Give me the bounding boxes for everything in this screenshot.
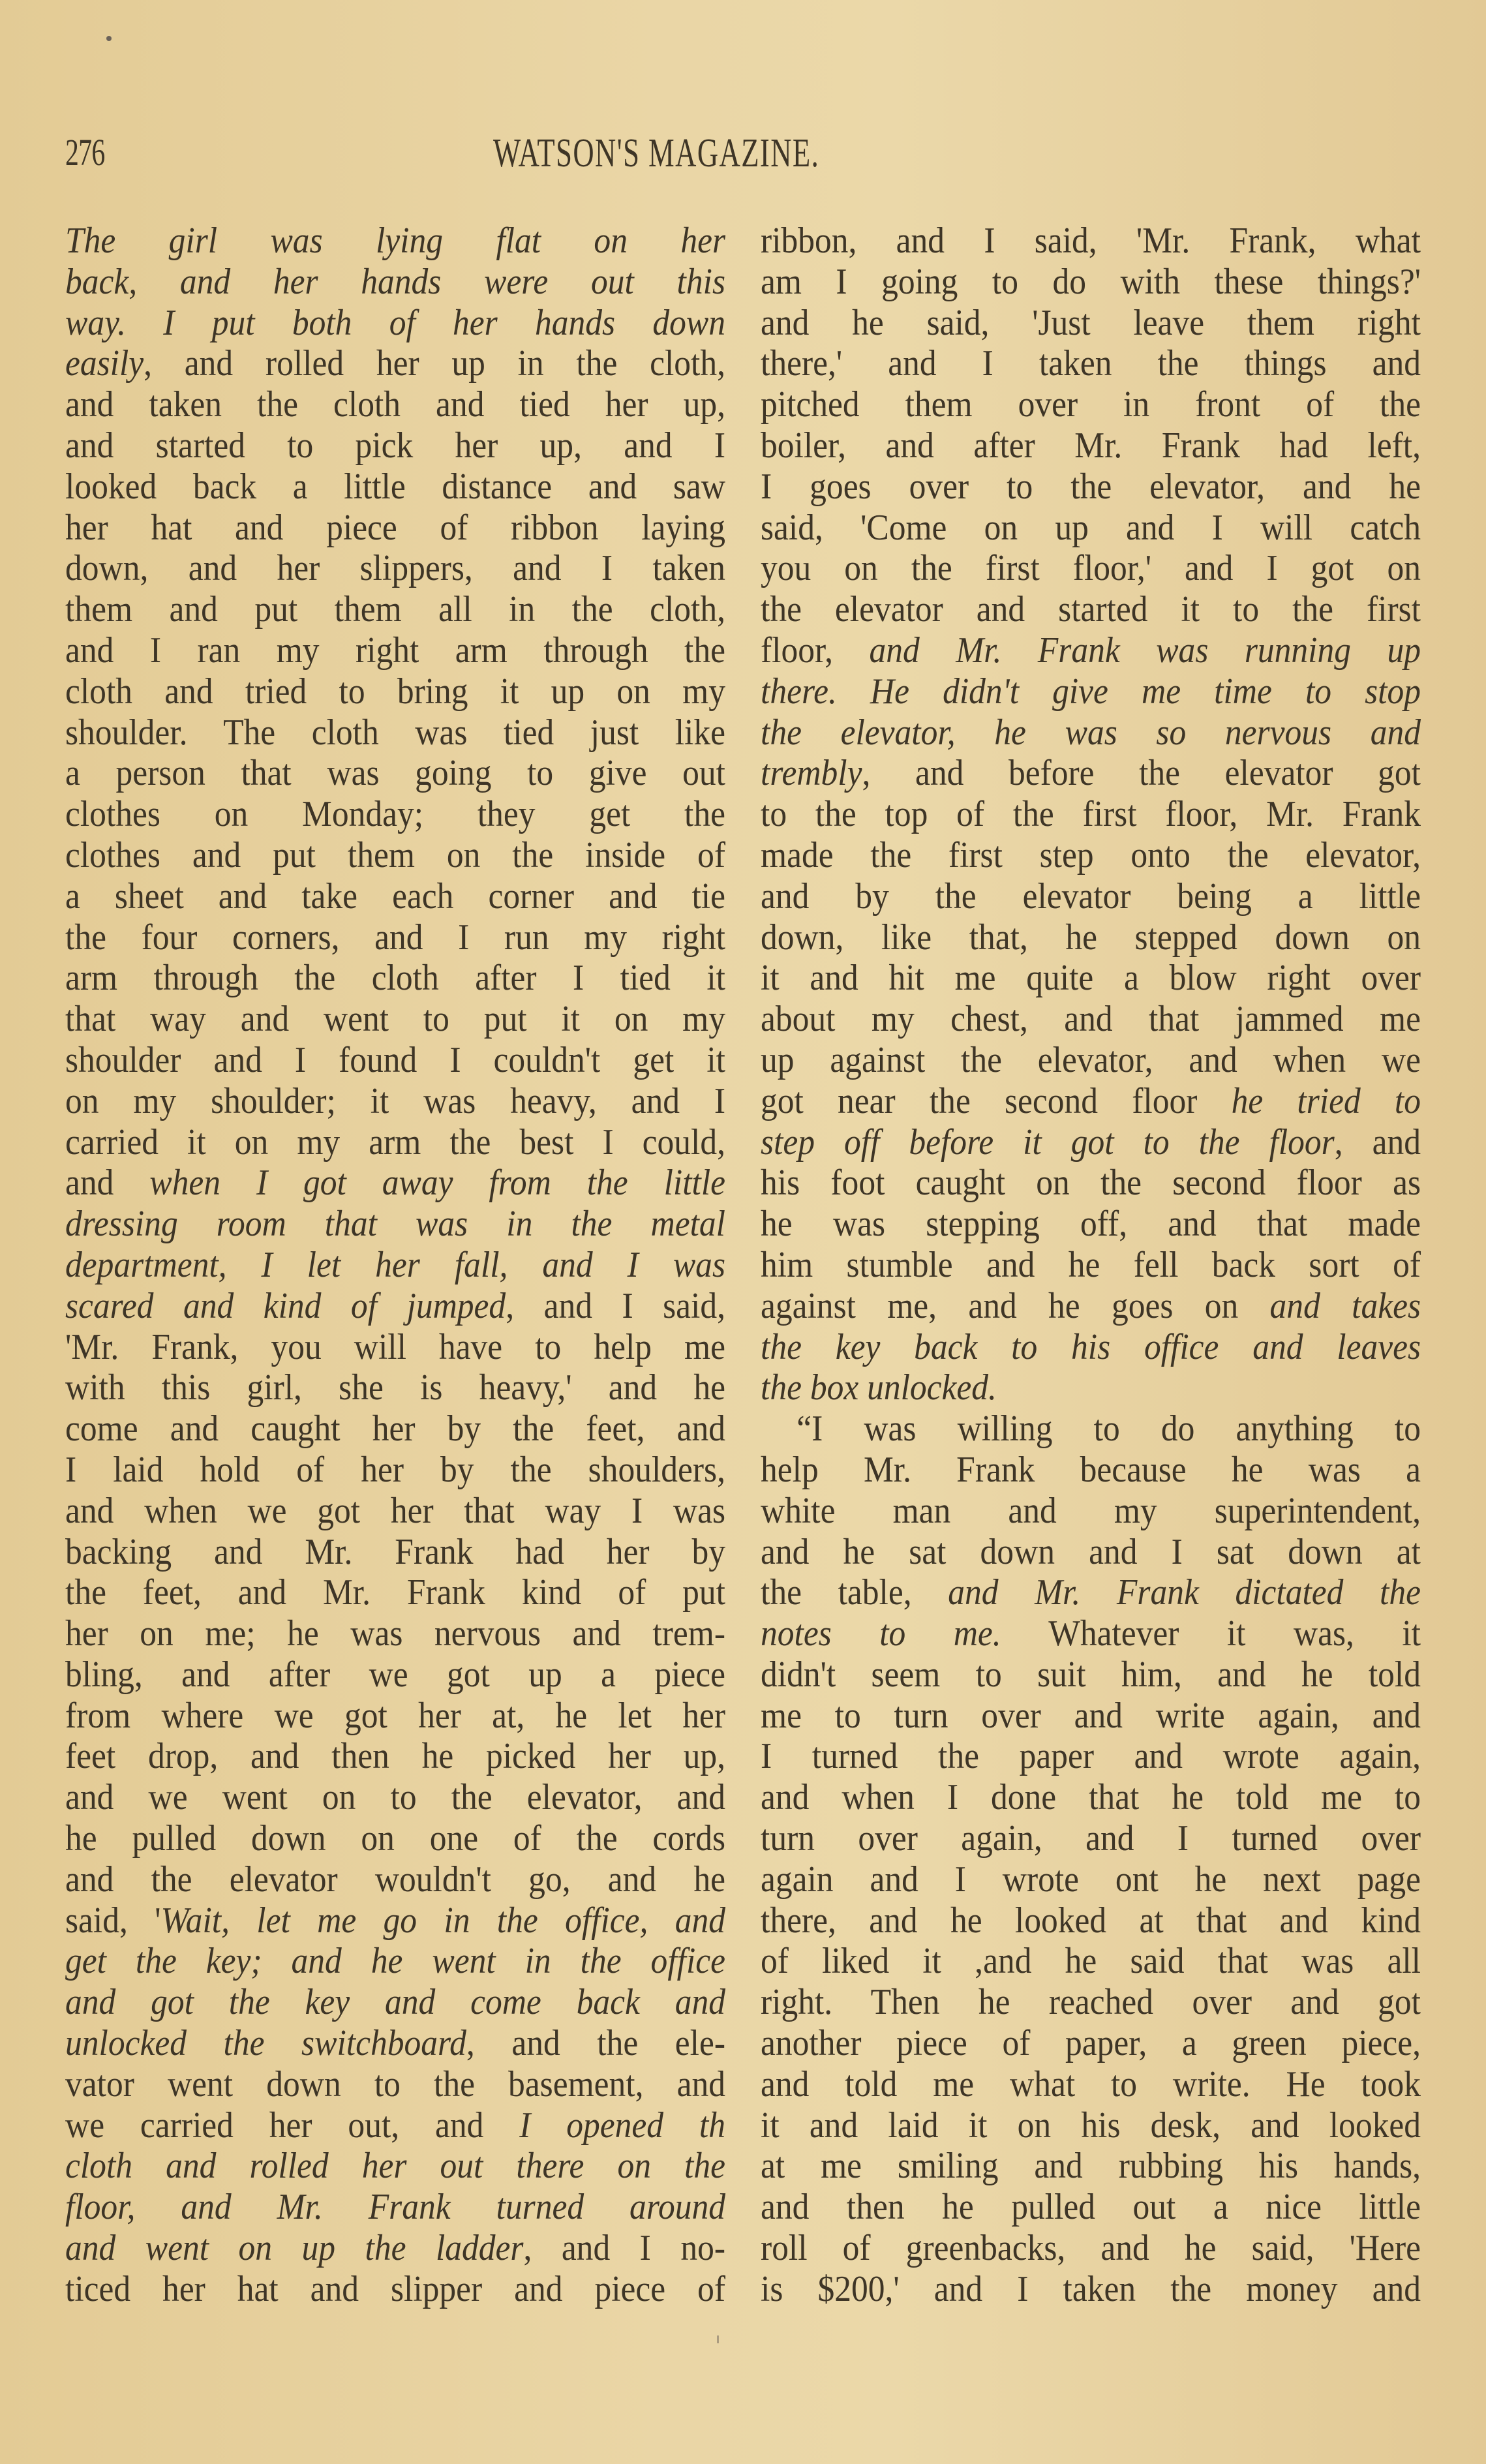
italic-span: and takes [1270, 1286, 1421, 1326]
italic-span: scared and kind of jumped [65, 1286, 506, 1326]
roman-span: shoulder and I found I couldn't get it [65, 1040, 725, 1080]
roman-span: I laid hold of her by the shoulders, [65, 1450, 725, 1490]
italic-span: and Mr. Frank was running up [869, 630, 1421, 671]
text-line: floor, and Mr. Frank turned around [65, 2187, 725, 2228]
bottom-ink-mark [717, 2335, 719, 2343]
text-line: and started to pick her up, and I [65, 425, 725, 466]
running-title: WATSON'S MAGAZINE. [493, 130, 819, 177]
italic-span: unlocked the switchboard [65, 2023, 466, 2063]
text-line: and told me what to write. He took [761, 2064, 1421, 2105]
text-line: the four corners, and I run my right [65, 917, 725, 958]
text-line: down, like that, he stepped down on [761, 917, 1421, 958]
italic-span: there. He didn't give me time to stop [761, 671, 1421, 712]
text-line: again and I wrote ont he next page [761, 1859, 1421, 1900]
italic-span: the key back to his office and leaves [761, 1327, 1421, 1367]
text-line: and taken the cloth and tied her up, [65, 384, 725, 425]
text-line: to the top of the first floor, Mr. Frank [761, 794, 1421, 835]
roman-span: that way and went to put it on my [65, 999, 725, 1039]
roman-span: 'Mr. Frank, you will have to help me [65, 1327, 725, 1367]
roman-span: , and the ele- [466, 2023, 725, 2063]
roman-span: to the top of the first floor, Mr. Frank [761, 794, 1421, 834]
roman-span: got near the second floor [761, 1081, 1232, 1121]
text-line: got near the second floor he tried to [761, 1081, 1421, 1122]
text-line: it and hit me quite a blow right over [761, 958, 1421, 999]
italic-span: I opened th [519, 2105, 725, 2146]
roman-span: boiler, and after Mr. Frank had left, [761, 425, 1421, 466]
text-line: her on me; he was nervous and trem- [65, 1613, 725, 1654]
roman-span: , and before the elevator got [862, 753, 1421, 793]
roman-span: didn't seem to suit him, and he told [761, 1654, 1421, 1695]
text-line: and when we got her that way I was [65, 1491, 725, 1532]
text-line: boiler, and after Mr. Frank had left, [761, 425, 1421, 466]
roman-span: and we went on to the elevator, and [65, 1777, 725, 1818]
italic-span: floor, and Mr. Frank turned around [65, 2187, 725, 2227]
roman-span: on my shoulder; it was heavy, and I [65, 1081, 725, 1121]
text-line: is $200,' and I taken the money and [761, 2269, 1421, 2310]
roman-span: me to turn over and write again, and [761, 1696, 1421, 1736]
roman-span: it and laid it on his desk, and looked [761, 2105, 1421, 2146]
text-line: that way and went to put it on my [65, 999, 725, 1040]
roman-span: his foot caught on the second floor as [761, 1163, 1421, 1203]
text-line: ribbon, and I said, 'Mr. Frank, what [761, 221, 1421, 262]
text-line: he pulled down on one of the cords [65, 1818, 725, 1859]
text-line: clothes and put them on the inside of [65, 835, 725, 876]
roman-span: we carried her out, and [65, 2105, 519, 2146]
roman-span: pitched them over in front of the [761, 384, 1421, 425]
roman-span: again and I wrote ont he next page [761, 1859, 1421, 1900]
text-line: arm through the cloth after I tied it [65, 958, 725, 999]
text-line: it and laid it on his desk, and looked [761, 2105, 1421, 2146]
roman-span: and started to pick her up, and I [65, 425, 725, 466]
italic-span: trembly [761, 753, 862, 793]
text-line: didn't seem to suit him, and he told [761, 1654, 1421, 1696]
italic-span: and Mr. Frank dictated the [948, 1572, 1421, 1613]
text-line: The girl was lying flat on her [65, 221, 725, 262]
roman-span: feet drop, and then he picked her up, [65, 1736, 725, 1776]
roman-span: the feet, and Mr. Frank kind of put [65, 1572, 725, 1613]
text-line: turn over again, and I turned over [761, 1818, 1421, 1859]
text-line: 'Mr. Frank, you will have to help me [65, 1327, 725, 1368]
roman-span: and the elevator wouldn't go, and he [65, 1859, 725, 1900]
roman-span: down, and her slippers, and I taken [65, 548, 725, 588]
text-line: get the key; and he went in the office [65, 1941, 725, 1982]
roman-span: “I was willing to do anything to [796, 1408, 1421, 1449]
text-line: on my shoulder; it was heavy, and I [65, 1081, 725, 1122]
roman-span: , and I said, [506, 1286, 725, 1326]
text-line: up against the elevator, and when we [761, 1040, 1421, 1081]
text-line: about my chest, and that jammed me [761, 999, 1421, 1040]
text-line: with this girl, she is heavy,' and he [65, 1367, 725, 1408]
roman-span: clothes and put them on the inside of [65, 835, 725, 875]
text-line: from where we got her at, he let her [65, 1696, 725, 1737]
roman-span: bling, and after we got up a piece [65, 1654, 725, 1695]
text-line: the feet, and Mr. Frank kind of put [65, 1572, 725, 1613]
text-line: carried it on my arm the best I could, [65, 1122, 725, 1163]
text-line: and then he pulled out a nice little [761, 2187, 1421, 2228]
text-line: and when I got away from the little [65, 1163, 725, 1204]
roman-span: and [65, 1163, 149, 1203]
roman-span: , and [1335, 1122, 1421, 1163]
roman-span: he pulled down on one of the cords [65, 1818, 725, 1859]
text-line: him stumble and he fell back sort of [761, 1245, 1421, 1286]
text-line: his foot caught on the second floor as [761, 1163, 1421, 1204]
text-line: made the first step onto the elevator, [761, 835, 1421, 876]
text-line: help Mr. Frank because he was a [761, 1450, 1421, 1491]
text-line: her hat and piece of ribbon laying [65, 508, 725, 549]
text-line: the table, and Mr. Frank dictated the [761, 1572, 1421, 1613]
page-header: 276 WATSON'S MAGAZINE. [65, 130, 1416, 183]
text-line: a person that was going to give out [65, 753, 725, 794]
italic-span: and went on up the ladder [65, 2228, 523, 2268]
roman-span: and then he pulled out a nice little [761, 2187, 1421, 2227]
text-line: the elevator and started it to the first [761, 589, 1421, 630]
roman-span: at me smiling and rubbing his hands, [761, 2146, 1421, 2186]
italic-span: back, and her hands were out this [65, 262, 725, 302]
text-line: said, 'Come on up and I will catch [761, 508, 1421, 549]
roman-span: and he sat down and I sat down at [761, 1532, 1421, 1572]
italic-span: step off before it got to the floor [761, 1122, 1335, 1163]
italic-span: Wait, let me go in the office, and [160, 1900, 725, 1941]
roman-span: ticed her hat and slipper and piece of [65, 2269, 725, 2309]
roman-span: made the first step onto the elevator, [761, 835, 1421, 875]
text-line: “I was willing to do anything to [761, 1408, 1421, 1450]
roman-span: shoulder. The cloth was tied just like [65, 712, 725, 753]
roman-span: there, and he looked at that and kind [761, 1900, 1421, 1941]
roman-span: the table, [761, 1572, 948, 1613]
roman-span: them and put them all in the cloth, [65, 589, 725, 630]
roman-span: and I ran my right arm through the [65, 630, 725, 671]
roman-span: a person that was going to give out [65, 753, 725, 793]
text-line: shoulder. The cloth was tied just like [65, 712, 725, 753]
roman-span: and he said, 'Just leave them right [761, 303, 1421, 343]
roman-span: and when we got her that way I was [65, 1491, 725, 1531]
text-line: of liked it ,and he said that was all [761, 1941, 1421, 1982]
text-line: I turned the paper and wrote again, [761, 1736, 1421, 1777]
roman-span: I goes over to the elevator, and he [761, 466, 1421, 507]
text-line: against me, and he goes on and takes [761, 1286, 1421, 1327]
roman-span: clothes on Monday; they get the [65, 794, 725, 834]
italic-span: he tried to [1232, 1081, 1421, 1121]
roman-span: ribbon, and I said, 'Mr. Frank, what [761, 221, 1421, 261]
text-line: and got the key and come back and [65, 1982, 725, 2023]
text-line: vator went down to the basement, and [65, 2064, 725, 2105]
italic-span: dressing room that was in the metal [65, 1204, 725, 1244]
text-line: easily, and rolled her up in the cloth, [65, 343, 725, 384]
text-line: right. Then he reached over and got [761, 1982, 1421, 2023]
roman-span: turn over again, and I turned over [761, 1818, 1421, 1859]
text-line: the elevator, he was so nervous and [761, 712, 1421, 753]
italic-span: get the key; and he went in the office [65, 1941, 725, 1981]
roman-span: white man and my superintendent, [761, 1491, 1421, 1531]
roman-span: help Mr. Frank because he was a [761, 1450, 1421, 1490]
text-line: there. He didn't give me time to stop [761, 671, 1421, 712]
text-line: another piece of paper, a green piece, [761, 2023, 1421, 2064]
page-number: 276 [65, 130, 104, 174]
text-line: scared and kind of jumped, and I said, [65, 1286, 725, 1327]
italic-span: way. I put both of her hands down [65, 303, 725, 343]
italic-span: department, I let her fall, and I was [65, 1245, 725, 1285]
text-line: roll of greenbacks, and he said, 'Here [761, 2228, 1421, 2269]
text-line: we carried her out, and I opened th [65, 2105, 725, 2146]
text-line: notes to me. Whatever it was, it [761, 1613, 1421, 1654]
roman-span: and taken the cloth and tied her up, [65, 384, 725, 425]
text-line: I goes over to the elevator, and he [761, 466, 1421, 508]
roman-span: the four corners, and I run my right [65, 917, 725, 958]
roman-span: and when I done that he told me to [761, 1777, 1421, 1818]
text-line: and when I done that he told me to [761, 1777, 1421, 1818]
roman-span: said, 'Come on up and I will catch [761, 508, 1421, 548]
text-line: you on the first floor,' and I got on [761, 548, 1421, 589]
text-line: floor, and Mr. Frank was running up [761, 630, 1421, 671]
roman-span: , and I no- [523, 2228, 725, 2268]
roman-span: it and hit me quite a blow right over [761, 958, 1421, 998]
text-line: and went on up the ladder, and I no- [65, 2228, 725, 2269]
text-line: ticed her hat and slipper and piece of [65, 2269, 725, 2310]
text-line: and he said, 'Just leave them right [761, 303, 1421, 344]
roman-span: vator went down to the basement, and [65, 2064, 725, 2105]
roman-span: floor, [761, 630, 869, 671]
roman-span: down, like that, he stepped down on [761, 917, 1421, 958]
italic-span: and got the key and come back and [65, 1982, 725, 2022]
text-line: there,' and I taken the things and [761, 343, 1421, 384]
roman-span: against me, and he goes on [761, 1286, 1270, 1326]
roman-span: looked back a little distance and saw [65, 466, 725, 507]
roman-span: and by the elevator being a little [761, 876, 1421, 917]
italic-span: easily [65, 343, 144, 384]
text-line: clothes on Monday; they get the [65, 794, 725, 835]
roman-span: backing and Mr. Frank had her by [65, 1532, 725, 1572]
text-line: bling, and after we got up a piece [65, 1654, 725, 1696]
roman-span: is $200,' and I taken the money and [761, 2269, 1421, 2309]
italic-span: The girl was lying flat on her [65, 221, 725, 261]
text-line: he was stepping off, and that made [761, 1204, 1421, 1245]
text-line: at me smiling and rubbing his hands, [761, 2146, 1421, 2187]
text-line: them and put them all in the cloth, [65, 589, 725, 630]
text-line: and I ran my right arm through the [65, 630, 725, 671]
text-line: unlocked the switchboard, and the ele- [65, 2023, 725, 2064]
text-line: feet drop, and then he picked her up, [65, 1736, 725, 1777]
text-line: down, and her slippers, and I taken [65, 548, 725, 589]
roman-span: there,' and I taken the things and [761, 343, 1421, 384]
text-line: and the elevator wouldn't go, and he [65, 1859, 725, 1900]
italic-span: the box unlocked. [761, 1367, 997, 1408]
roman-span: from where we got her at, he let her [65, 1696, 725, 1736]
roman-span: I turned the paper and wrote again, [761, 1736, 1421, 1776]
text-line: said, 'Wait, let me go in the office, an… [65, 1900, 725, 1941]
roman-span: with this girl, she is heavy,' and he [65, 1367, 725, 1408]
text-line: the key back to his office and leaves [761, 1327, 1421, 1368]
text-line: step off before it got to the floor, and [761, 1122, 1421, 1163]
text-line: am I going to do with these things?' [761, 262, 1421, 303]
text-line: come and caught her by the feet, and [65, 1408, 725, 1450]
text-line: me to turn over and write again, and [761, 1696, 1421, 1737]
text-line: shoulder and I found I couldn't get it [65, 1040, 725, 1081]
roman-span: him stumble and he fell back sort of [761, 1245, 1421, 1285]
text-line: I laid hold of her by the shoulders, [65, 1450, 725, 1491]
roman-span: , and rolled her up in the cloth, [144, 343, 725, 384]
left-column: The girl was lying flat on herback, and … [65, 221, 783, 2310]
text-line: looked back a little distance and saw [65, 466, 725, 508]
roman-span: am I going to do with these things?' [761, 262, 1421, 302]
italic-span: when I got away from the little [149, 1163, 725, 1203]
text-line: cloth and rolled her out there on the [65, 2146, 725, 2187]
roman-span: up against the elevator, and when we [761, 1040, 1421, 1080]
roman-span: the elevator and started it to the first [761, 589, 1421, 630]
text-line: and he sat down and I sat down at [761, 1532, 1421, 1573]
text-line: pitched them over in front of the [761, 384, 1421, 425]
roman-span: said, ' [65, 1900, 160, 1941]
roman-span: her hat and piece of ribbon laying [65, 508, 725, 548]
text-line: backing and Mr. Frank had her by [65, 1532, 725, 1573]
roman-span: you on the first floor,' and I got on [761, 548, 1421, 588]
roman-span: arm through the cloth after I tied it [65, 958, 725, 998]
italic-span: the elevator, he was so nervous and [761, 712, 1421, 753]
roman-span: of liked it ,and he said that was all [761, 1941, 1421, 1981]
roman-span: come and caught her by the feet, and [65, 1408, 725, 1449]
right-column: ribbon, and I said, 'Mr. Frank, whatam I… [761, 221, 1478, 2310]
roman-span: and told me what to write. He took [761, 2064, 1421, 2105]
roman-span: another piece of paper, a green piece, [761, 2023, 1421, 2063]
italic-span: cloth and rolled her out there on the [65, 2146, 725, 2186]
text-line: and by the elevator being a little [761, 876, 1421, 917]
text-line: and we went on to the elevator, and [65, 1777, 725, 1818]
roman-span: cloth and tried to bring it up on my [65, 671, 725, 712]
roman-span: Whatever it was, it [1001, 1613, 1421, 1654]
text-line: way. I put both of her hands down [65, 303, 725, 344]
roman-span: he was stepping off, and that made [761, 1204, 1421, 1244]
text-line: dressing room that was in the metal [65, 1204, 725, 1245]
italic-span: notes to me. [761, 1613, 1001, 1654]
text-line: the box unlocked. [761, 1367, 1421, 1408]
text-line: a sheet and take each corner and tie [65, 876, 725, 917]
text-line: white man and my superintendent, [761, 1491, 1421, 1532]
roman-span: a sheet and take each corner and tie [65, 876, 725, 917]
roman-span: roll of greenbacks, and he said, 'Here [761, 2228, 1421, 2268]
roman-span: her on me; he was nervous and trem- [65, 1613, 725, 1654]
text-line: trembly, and before the elevator got [761, 753, 1421, 794]
text-line: department, I let her fall, and I was [65, 1245, 725, 1286]
roman-span: right. Then he reached over and got [761, 1982, 1421, 2022]
text-line: cloth and tried to bring it up on my [65, 671, 725, 712]
roman-span: about my chest, and that jammed me [761, 999, 1421, 1039]
roman-span: carried it on my arm the best I could, [65, 1122, 725, 1163]
text-line: there, and he looked at that and kind [761, 1900, 1421, 1941]
text-line: back, and her hands were out this [65, 262, 725, 303]
paper-speck [106, 36, 112, 41]
